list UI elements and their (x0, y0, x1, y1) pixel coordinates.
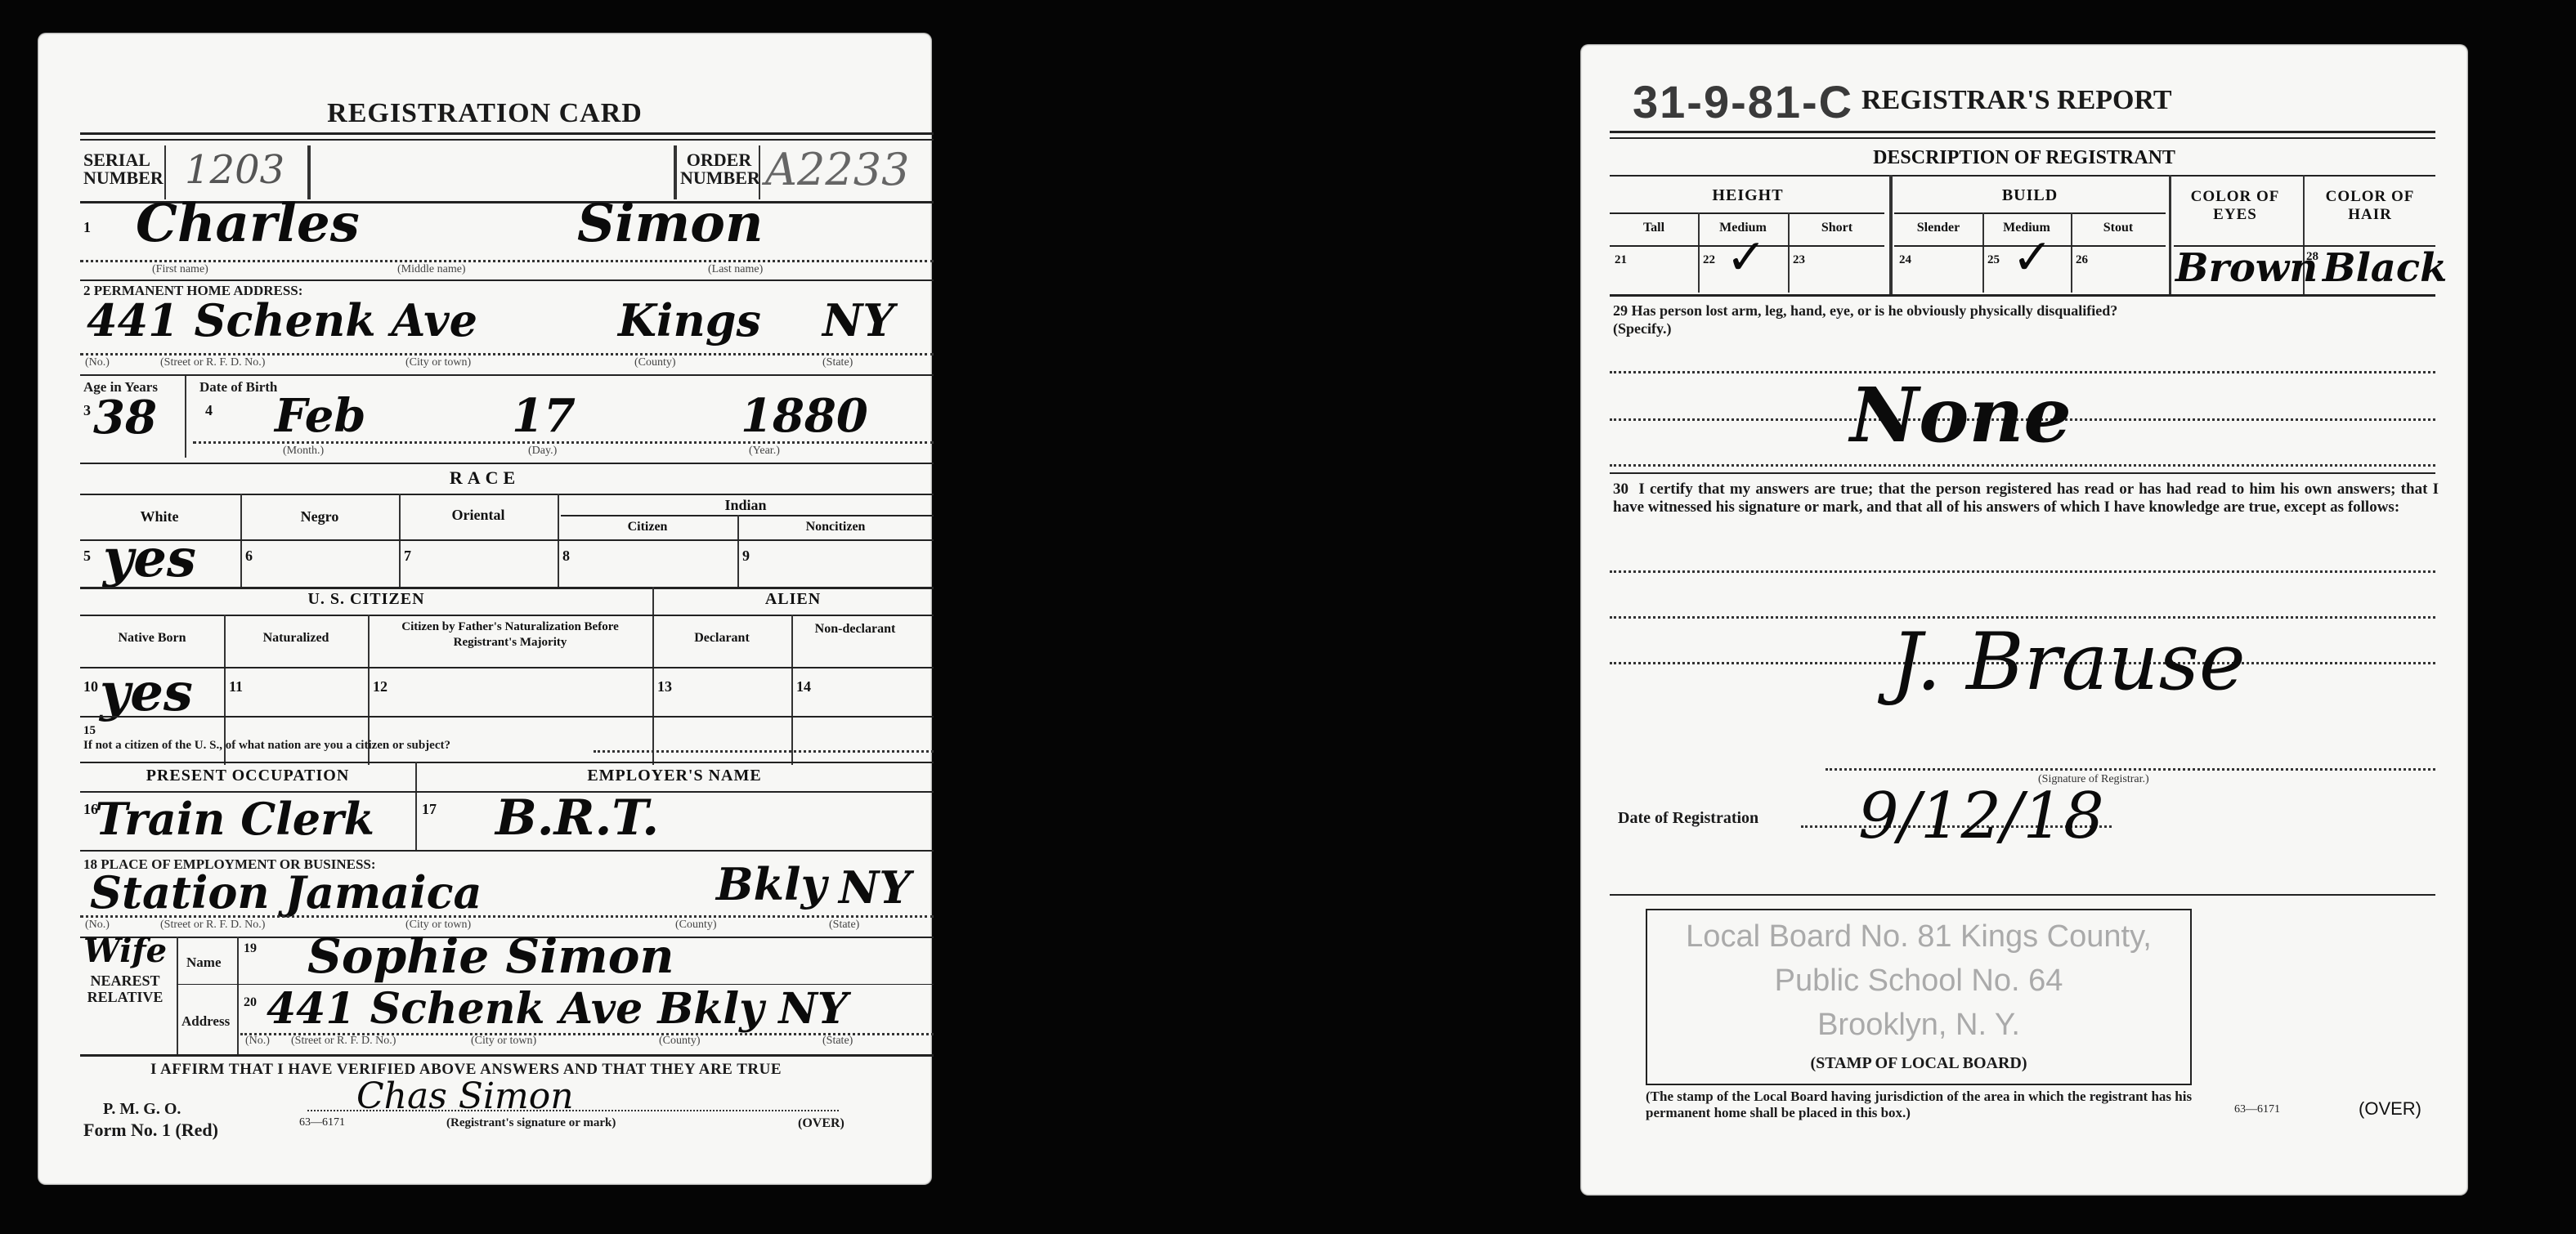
relative-relation-value: Wife (83, 932, 167, 970)
stamp-note: (The stamp of the Local Board having jur… (1646, 1089, 2193, 1121)
card-title: REGISTRATION CARD (38, 98, 932, 129)
relative-name-value: Sophie Simon (307, 928, 674, 984)
cell-number: 23 (1793, 253, 1805, 267)
divider (80, 762, 934, 763)
cell-number: 25 (1987, 253, 2000, 267)
divider (307, 145, 311, 199)
nationality-question: If not a citizen of the U. S., of what n… (83, 739, 450, 753)
divider (1610, 472, 2435, 474)
divider (674, 145, 677, 199)
home-state-value: NY (822, 294, 894, 347)
home-county-value: Kings (618, 294, 761, 347)
divider (1894, 212, 2166, 214)
divider (80, 615, 934, 616)
field-number: 20 (244, 995, 257, 1010)
caption: (Year.) (749, 445, 780, 458)
build-medium-checkmark: ✓ (2012, 229, 2053, 286)
address-underline (80, 353, 934, 355)
divider (1610, 894, 2435, 896)
race-col-negro: Negro (240, 508, 399, 525)
certification-text: 30 I certify that my answers are true; t… (1613, 481, 2439, 516)
divider (759, 145, 760, 199)
registration-date-value: 9/12/18 (1858, 780, 2104, 853)
race-col-white: White (80, 508, 239, 525)
last-name-value: Simon (577, 193, 763, 254)
height-col-short: Short (1788, 221, 1886, 235)
divider (80, 667, 934, 668)
divider (80, 463, 934, 464)
serial-number-label: SERIAL NUMBER (83, 151, 165, 187)
birth-day-value: 17 (512, 389, 576, 443)
caption: (State) (822, 1035, 853, 1048)
cell-number: 11 (229, 678, 243, 695)
cell-number: 9 (742, 548, 750, 565)
report-title: REGISTRAR'S REPORT (1861, 85, 2172, 116)
stamp-line: Public School No. 64 (1647, 961, 2190, 1000)
disqualification-value: None (1850, 371, 2072, 459)
print-code: 63—6171 (2234, 1103, 2280, 1116)
build-col-stout: Stout (2071, 221, 2166, 235)
cell-number: 10 (83, 678, 98, 695)
stamp-line: Brooklyn, N. Y. (1647, 1005, 2190, 1044)
naturalized-col: Naturalized (224, 631, 368, 646)
indian-citizen-col: Citizen (558, 520, 737, 534)
field-number: 19 (244, 941, 257, 956)
height-col-tall: Tall (1610, 221, 1698, 235)
caption: (County) (659, 1035, 701, 1048)
height-medium-checkmark: ✓ (1726, 229, 1767, 286)
divider (185, 376, 186, 458)
caption: (County) (675, 919, 717, 932)
race-heading: RACE (38, 467, 932, 489)
native-born-value: yes (100, 662, 193, 723)
employment-street-value: Station Jamaica (90, 866, 482, 919)
caption: (County) (634, 356, 676, 369)
hair-heading: COLOR OF HAIR (2305, 188, 2435, 224)
divider (80, 374, 934, 376)
employer-heading: EMPLOYER'S NAME (415, 767, 934, 785)
cell-number: 14 (796, 678, 811, 695)
registration-date-label: Date of Registration (1618, 809, 1758, 828)
name-underline (80, 260, 934, 262)
relative-address-label: Address (181, 1013, 230, 1030)
caption: (State) (822, 356, 853, 369)
order-number-value: A2233 (765, 144, 909, 195)
employer-value: B.R.T. (495, 789, 659, 847)
us-citizen-heading: U. S. CITIZEN (80, 590, 652, 609)
description-heading: DESCRIPTION OF REGISTRANT (1580, 147, 2468, 169)
cell-number: 12 (373, 678, 388, 695)
alien-heading: ALIEN (652, 590, 934, 609)
divider (80, 716, 934, 718)
field-number: 15 (83, 724, 96, 738)
form-office: P. M. G. O. (103, 1100, 181, 1119)
dob-underline (193, 441, 934, 444)
divider (791, 615, 793, 765)
disqualification-question: 29 Has person lost arm, leg, hand, eye, … (1613, 302, 2439, 320)
non-declarant-col: Non-declarant (802, 621, 908, 637)
citizen-by-father-col: Citizen by Father's Naturalization Befor… (373, 619, 647, 651)
divider (80, 1054, 934, 1057)
caption: (No.) (85, 356, 110, 369)
last-name-caption: (Last name) (708, 263, 763, 276)
over-label: (OVER) (798, 1116, 844, 1131)
employment-underline (80, 915, 934, 918)
divider (1610, 175, 2435, 177)
build-heading: BUILD (1894, 186, 2166, 205)
field-number: 3 (83, 402, 91, 419)
form-number: Form No. 1 (Red) (83, 1120, 218, 1141)
first-name-value: Charles (136, 193, 360, 254)
indian-noncitizen-col: Noncitizen (737, 520, 934, 534)
race-col-oriental: Oriental (399, 507, 558, 524)
relative-address-value: 441 Schenk Ave Bkly NY (267, 984, 848, 1034)
caption: (No.) (245, 1035, 270, 1048)
registrar-signature-line (1826, 768, 2435, 771)
employment-county-value: Bkly (716, 858, 827, 910)
divider (561, 515, 934, 516)
divider (1610, 137, 2435, 139)
birth-year-value: 1880 (741, 389, 868, 443)
field-number: 4 (205, 402, 213, 419)
divider (177, 937, 178, 1054)
certification-body: I certify that my answers are true; that… (1613, 481, 2439, 516)
divider (80, 587, 934, 589)
caption: (City or town) (405, 356, 471, 369)
registrars-report-back: 31-9-81-C REGISTRAR'S REPORT DESCRIPTION… (1580, 44, 2468, 1196)
native-born-col: Native Born (80, 631, 224, 646)
date-of-birth-label: Date of Birth (199, 379, 277, 396)
declarant-col: Declarant (652, 631, 791, 646)
divider (652, 587, 654, 765)
race-white-value: yes (103, 528, 196, 589)
field-number: 1 (83, 219, 91, 236)
divider (80, 132, 934, 135)
employment-state-value: NY (839, 861, 911, 914)
build-col-slender: Slender (1894, 221, 1982, 235)
divider (80, 139, 934, 141)
divider (80, 850, 934, 852)
age-value: 38 (93, 391, 157, 445)
home-street-value: 441 Schenk Ave (87, 294, 477, 347)
print-code: 63—6171 (299, 1116, 345, 1129)
serial-number-value: 1203 (185, 147, 284, 193)
field-number: 29 (1613, 302, 1628, 319)
first-name-caption: (First name) (152, 263, 208, 276)
caption: (City or town) (471, 1035, 536, 1048)
eyes-heading: COLOR OF EYES (2171, 188, 2300, 224)
cell-number: 21 (1615, 253, 1627, 267)
divider (1610, 294, 2435, 297)
divider (80, 539, 934, 541)
caption: (Day.) (528, 445, 557, 458)
stamp-code: 31-9-81-C (1633, 75, 1853, 128)
cell-number: 28 (2306, 250, 2318, 264)
cell-number: 22 (1703, 253, 1715, 267)
divider (164, 145, 166, 199)
divider (80, 279, 934, 281)
cell-number: 13 (657, 678, 672, 695)
nearest-relative-label: NEAREST RELATIVE (80, 972, 170, 1005)
cell-number: 5 (83, 548, 91, 565)
answer-line (1610, 464, 2435, 467)
caption: (Street or R. F. D. No.) (160, 356, 265, 369)
caption: (Street or R. F. D. No.) (160, 919, 265, 932)
relative-name-label: Name (186, 955, 221, 971)
caption: (State) (829, 919, 859, 932)
answer-line (1610, 570, 2435, 573)
order-number-label: ORDER NUMBER (680, 151, 758, 187)
cell-number: 26 (2076, 253, 2088, 267)
caption: (No.) (85, 919, 110, 932)
cell-number: 8 (562, 548, 570, 565)
hair-color-value: Black (2323, 245, 2447, 291)
registration-card-front: REGISTRATION CARD SERIAL NUMBER 1203 ORD… (38, 33, 932, 1185)
cell-number: 24 (1899, 253, 1911, 267)
nationality-underline (594, 750, 934, 753)
stamp-line: Local Board No. 81 Kings County, (1647, 917, 2190, 956)
race-col-indian: Indian (558, 497, 934, 514)
disqualification-question-text: Has person lost arm, leg, hand, eye, or … (1632, 302, 2118, 319)
divider (1610, 212, 1884, 214)
occupation-heading: PRESENT OCCUPATION (80, 767, 415, 785)
cell-number: 7 (404, 548, 411, 565)
specify-label: (Specify.) (1613, 320, 1672, 338)
divider (1610, 131, 2435, 133)
caption: (Street or R. F. D. No.) (291, 1035, 396, 1048)
field-number: 30 (1613, 481, 1628, 498)
stamp-caption: (STAMP OF LOCAL BOARD) (1647, 1054, 2190, 1073)
occupation-value: Train Clerk (95, 793, 374, 845)
divider (1889, 175, 1893, 294)
signature-caption: (Registrant's signature or mark) (446, 1116, 616, 1130)
caption: (Month.) (283, 445, 324, 458)
field-number: 17 (422, 801, 437, 818)
over-label: (OVER) (2359, 1098, 2421, 1120)
height-heading: HEIGHT (1610, 186, 1886, 205)
registrar-signature: J. Brause (1891, 616, 2246, 708)
cell-number: 6 (245, 548, 253, 565)
divider (237, 937, 239, 1054)
local-board-stamp-box: Local Board No. 81 Kings County, Public … (1646, 909, 2192, 1085)
eye-color-value: Brown (2175, 245, 2318, 291)
birth-month-value: Feb (275, 389, 365, 443)
middle-name-caption: (Middle name) (397, 263, 466, 276)
divider (80, 494, 934, 495)
signature-underline (307, 1110, 839, 1111)
